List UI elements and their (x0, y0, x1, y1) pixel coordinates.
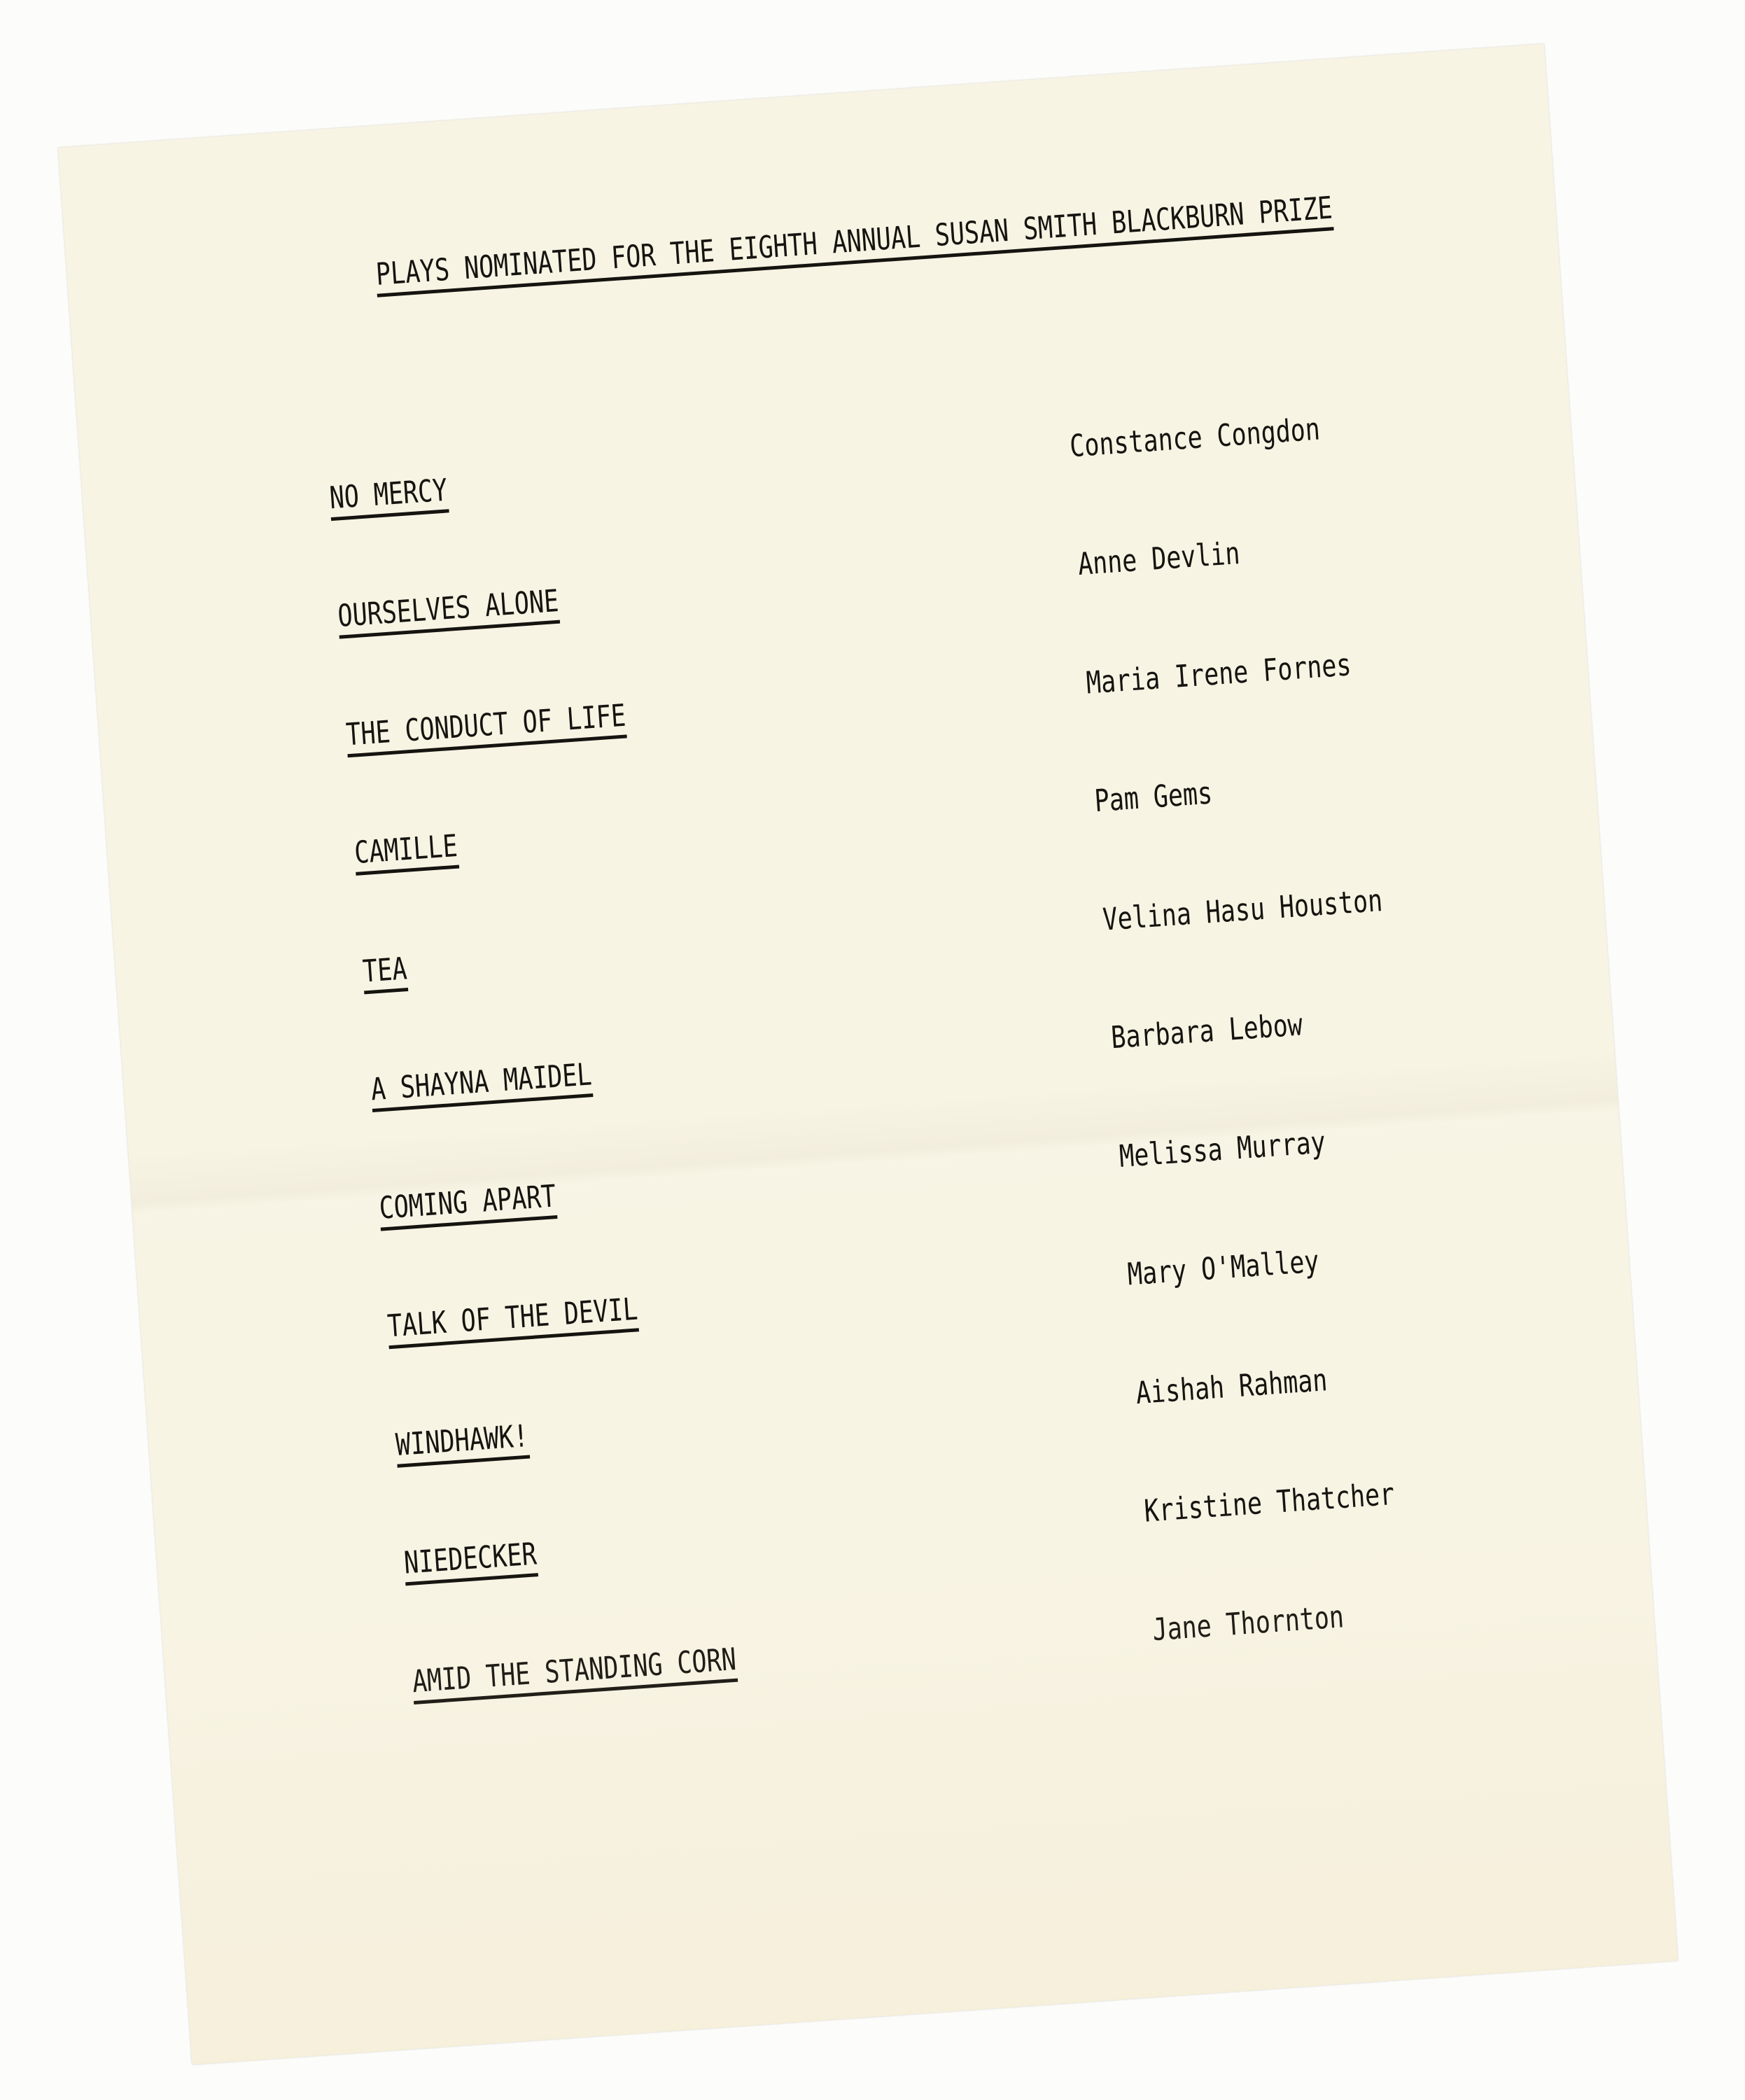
playwright-name: Pam Gems (1094, 785, 1214, 818)
playwright-name: Jane Thornton (1152, 1609, 1345, 1646)
playwright-name: Maria Irene Fornes (1086, 657, 1352, 699)
playwright-name: Melissa Murray (1119, 1134, 1326, 1172)
play-title: THE CONDUCT OF LIFE (346, 707, 627, 757)
play-title: OURSELVES ALONE (337, 593, 560, 639)
play-title: NO MERCY (329, 482, 449, 521)
document-heading: PLAYS NOMINATED FOR THE EIGHTH ANNUAL SU… (315, 175, 1336, 325)
playwright-name: Mary O'Malley (1127, 1253, 1320, 1291)
playwright-name: Barbara Lebow (1111, 1016, 1304, 1054)
playwright-name: Velina Hasu Houston (1102, 892, 1384, 937)
play-title: NIEDECKER (403, 1546, 538, 1585)
play-title: TEA (362, 960, 408, 994)
nominee-list: NO MERCY Constance Congdon OURSELVES ALO… (58, 44, 1544, 148)
play-title: COMING APART (379, 1188, 557, 1231)
playwright-name: Kristine Thatcher (1144, 1486, 1396, 1528)
play-title: A SHAYNA MAIDEL (370, 1066, 593, 1112)
playwright-name: Anne Devlin (1077, 545, 1241, 581)
play-title: TALK OF THE DEVIL (387, 1301, 639, 1349)
playwright-name: Aishah Rahman (1135, 1372, 1329, 1410)
heading-text: PLAYS NOMINATED FOR THE EIGHTH ANNUAL SU… (375, 194, 1333, 291)
play-title: WINDHAWK! (395, 1428, 530, 1468)
playwright-name: Constance Congdon (1069, 421, 1321, 463)
document-page: PLAYS NOMINATED FOR THE EIGHTH ANNUAL SU… (58, 44, 1678, 2065)
play-title: AMID THE STANDING CORN (412, 1651, 738, 1704)
play-title: CAMILLE (354, 838, 459, 876)
